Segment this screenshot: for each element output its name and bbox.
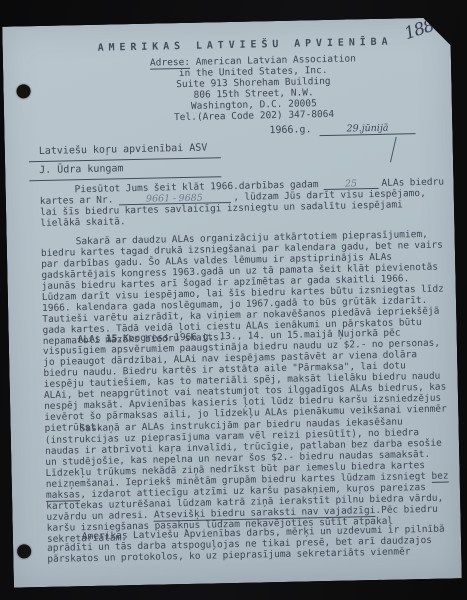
punch-hole-bottom [17,544,31,558]
recipient-name: J. Ūdra kungam [29,161,221,181]
date-fill-blank: 29.jūnijā [319,122,415,136]
pen-stroke-mark [390,137,397,163]
recipient-org: Latviešu koŗu apvienībai ASV [29,142,221,162]
recipient-block: Latviešu koŗu apvienībai ASV J. Ūdra kun… [29,142,222,184]
paragraph-1: Piesūtot Jums šeit klāt 1966.darbības ga… [39,177,446,229]
letter-paper: 188 AMERIKAS LATVIEŠU APVIENĪBA Adrese: … [2,17,462,587]
letterhead-address: Adrese: American Latvian Association in … [103,52,404,124]
handwritten-date: 29.jūnijā [346,123,388,135]
kongress-number: 15 [106,333,118,344]
punch-hole-top [16,84,30,98]
paragraph-5: Amerikas Latviešu Apvienības darbs, mērķ… [47,523,454,564]
date-line: 1966.g.29.jūnijā [269,122,429,137]
org-title: AMERIKAS LATVIEŠU APVIENĪBA [98,37,393,54]
date-year-label: 1966.g. [269,124,311,136]
